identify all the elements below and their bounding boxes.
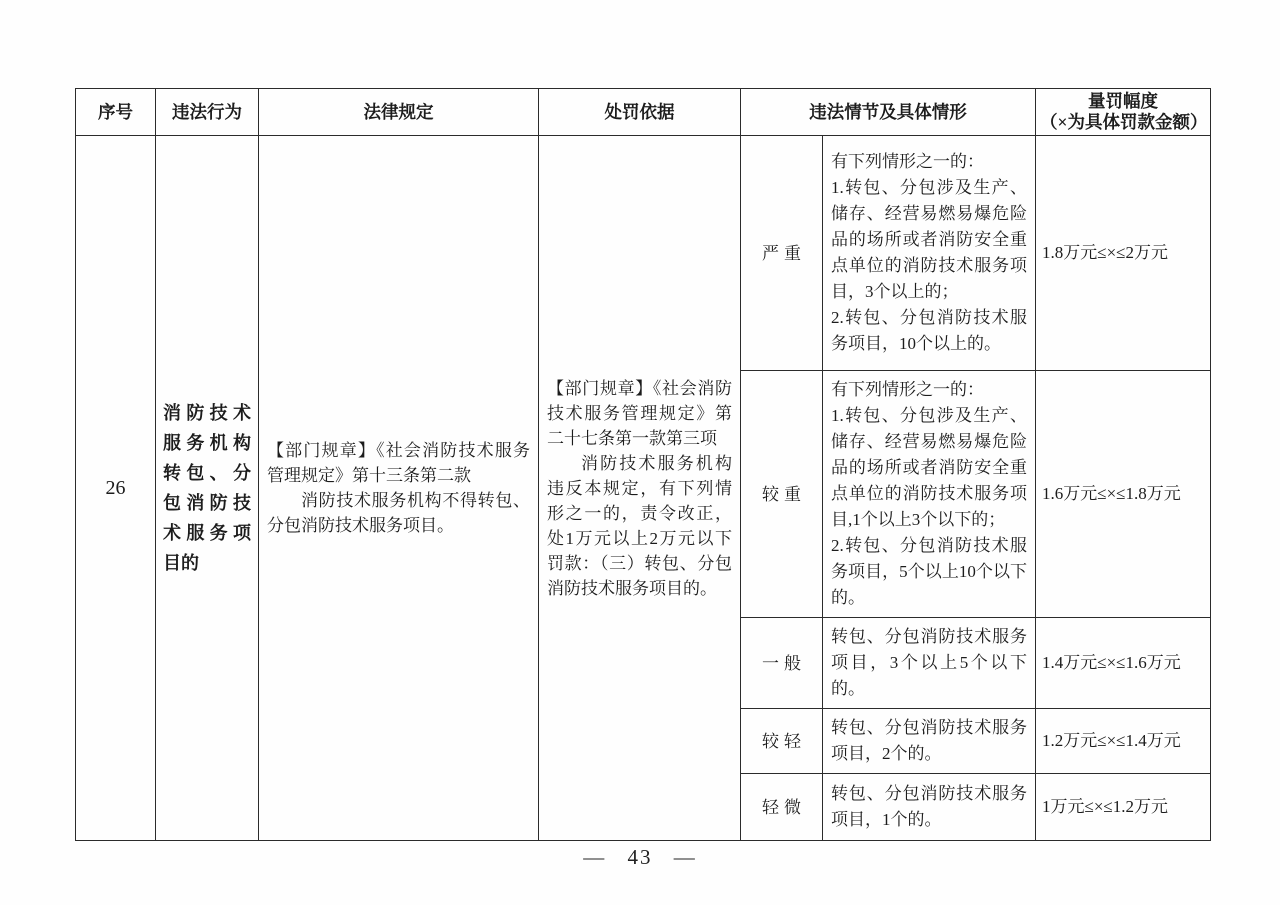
header-range: 量罚幅度 （×为具体罚款金额） [1036,89,1211,136]
header-law: 法律规定 [259,89,539,136]
severity-detail: 转包、分包消防技术服务项目，2个的。 [823,709,1036,774]
law-paragraph-2: 消防技术服务机构不得转包、分包消防技术服务项目。 [267,488,530,538]
severity-detail: 转包、分包消防技术服务项目，3个以上5个以下的。 [823,618,1036,709]
header-basis: 处罚依据 [539,89,741,136]
table-header-row: 序号 违法行为 法律规定 处罚依据 违法情节及具体情形 量罚幅度 （×为具体罚款… [76,89,1211,136]
severity-detail: 有下列情形之一的： 1.转包、分包涉及生产、储存、经营易燃易爆危险品的场所或者消… [823,371,1036,618]
basis-paragraph-2: 消防技术服务机构违反本规定，有下列情形之一的，责令改正，处1万元以上2万元以下罚… [547,451,732,601]
severity-level: 较重 [741,371,823,618]
severity-level: 严重 [741,136,823,371]
penalty-range: 1.2万元≤×≤1.4万元 [1036,709,1211,774]
penalty-range: 1.4万元≤×≤1.6万元 [1036,618,1211,709]
severity-detail: 转包、分包消防技术服务项目，1个的。 [823,774,1036,841]
severity-detail: 有下列情形之一的： 1.转包、分包涉及生产、储存、经营易燃易爆危险品的场所或者消… [823,136,1036,371]
severity-level: 轻微 [741,774,823,841]
table-row-severe: 26 消防技术服务机构转包、分包消防技术服务项目的 【部门规章】《社会消防技术服… [76,136,1211,371]
page-number: — 43 — [0,845,1280,870]
header-range-line2: （×为具体罚款金额） [1040,112,1206,133]
header-index: 序号 [76,89,156,136]
header-range-line1: 量罚幅度 [1040,91,1206,112]
law-paragraph-1: 【部门规章】《社会消防技术服务管理规定》第十三条第二款 [267,438,530,488]
penalty-range: 1万元≤×≤1.2万元 [1036,774,1211,841]
document-page: 序号 违法行为 法律规定 处罚依据 违法情节及具体情形 量罚幅度 （×为具体罚款… [0,0,1280,905]
header-circumstances: 违法情节及具体情形 [741,89,1036,136]
penalty-range: 1.8万元≤×≤2万元 [1036,136,1211,371]
severity-level: 较轻 [741,709,823,774]
severity-level: 一般 [741,618,823,709]
penalty-range: 1.6万元≤×≤1.8万元 [1036,371,1211,618]
penalty-table: 序号 违法行为 法律规定 处罚依据 违法情节及具体情形 量罚幅度 （×为具体罚款… [75,88,1211,841]
illegal-behavior-cell: 消防技术服务机构转包、分包消防技术服务项目的 [156,136,259,841]
header-behavior: 违法行为 [156,89,259,136]
basis-paragraph-1: 【部门规章】《社会消防技术服务管理规定》第二十七条第一款第三项 [547,376,732,451]
law-provision-cell: 【部门规章】《社会消防技术服务管理规定》第十三条第二款 消防技术服务机构不得转包… [259,136,539,841]
penalty-basis-cell: 【部门规章】《社会消防技术服务管理规定》第二十七条第一款第三项 消防技术服务机构… [539,136,741,841]
row-index: 26 [76,136,156,841]
